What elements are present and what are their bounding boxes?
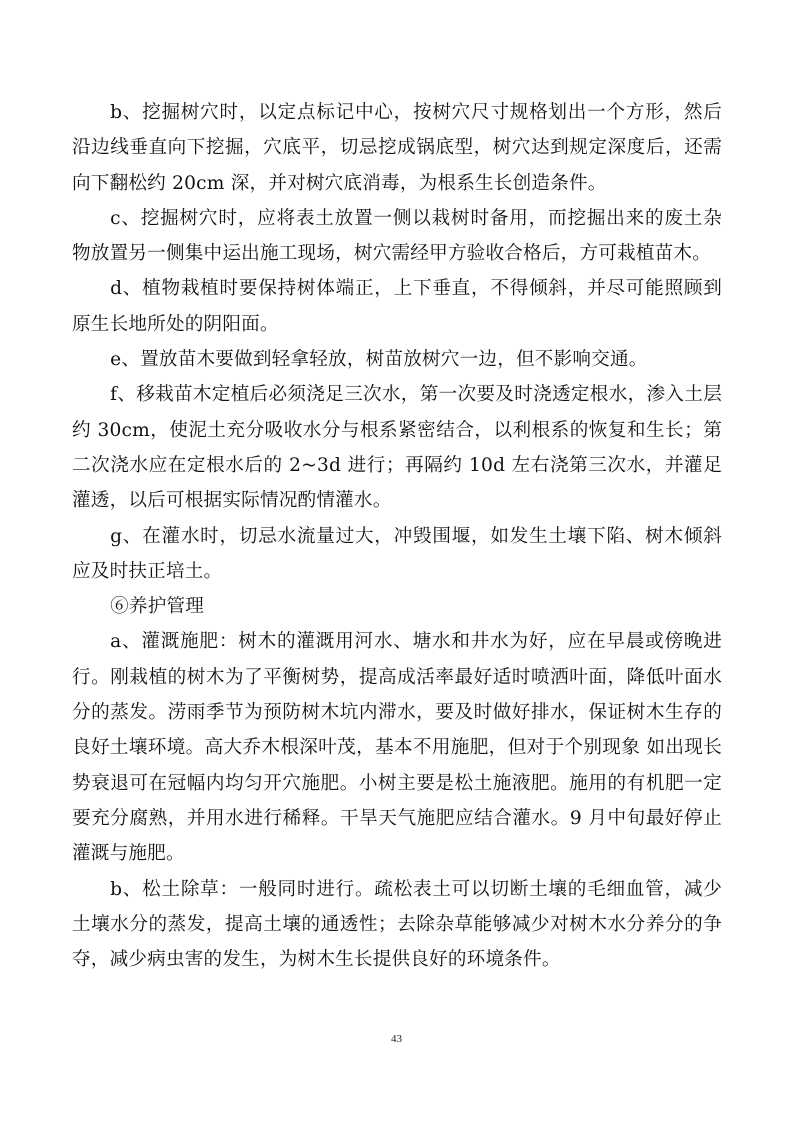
paragraph-g-irrigation: g、在灌水时，切忌水流量过大，冲毁围堰，如发生土壤下陷、树木倾斜应及时扶正培土。 — [72, 519, 722, 590]
paragraph-c-topsoil: c、挖掘树穴时，应将表土放置一侧以栽树时备用，而挖掘出来的废土杂物放置另一侧集中… — [72, 201, 722, 272]
paragraph-d-planting: d、植物栽植时要保持树体端正，上下垂直，不得倾斜，并尽可能照顾到原生长地所处的阴… — [72, 271, 722, 342]
document-page: b、挖掘树穴时，以定点标记中心，按树穴尺寸规格划出一个方形，然后沿边线垂直向下挖… — [0, 0, 793, 1122]
body-text: b、挖掘树穴时，以定点标记中心，按树穴尺寸规格划出一个方形，然后沿边线垂直向下挖… — [72, 95, 722, 977]
paragraph-f-watering: f、移栽苗木定植后必须浇足三次水，第一次要及时浇透定根水，渗入土层约 30cm，… — [72, 377, 722, 518]
paragraph-e-placing: e、置放苗木要做到轻拿轻放，树苗放树穴一边，但不影响交通。 — [72, 342, 722, 377]
paragraph-a-fertilizing: a、灌溉施肥：树木的灌溉用河水、塘水和井水为好，应在早晨或傍晚进行。刚栽植的树木… — [72, 624, 722, 871]
paragraph-b-dig-pit: b、挖掘树穴时，以定点标记中心，按树穴尺寸规格划出一个方形，然后沿边线垂直向下挖… — [72, 95, 722, 201]
paragraph-b-weeding: b、松土除草：一般同时进行。疏松表土可以切断土壤的毛细血管，减少土壤水分的蒸发，… — [72, 872, 722, 978]
page-number: 43 — [0, 1033, 793, 1045]
section-heading-maintenance: ⑥养护管理 — [72, 589, 722, 624]
